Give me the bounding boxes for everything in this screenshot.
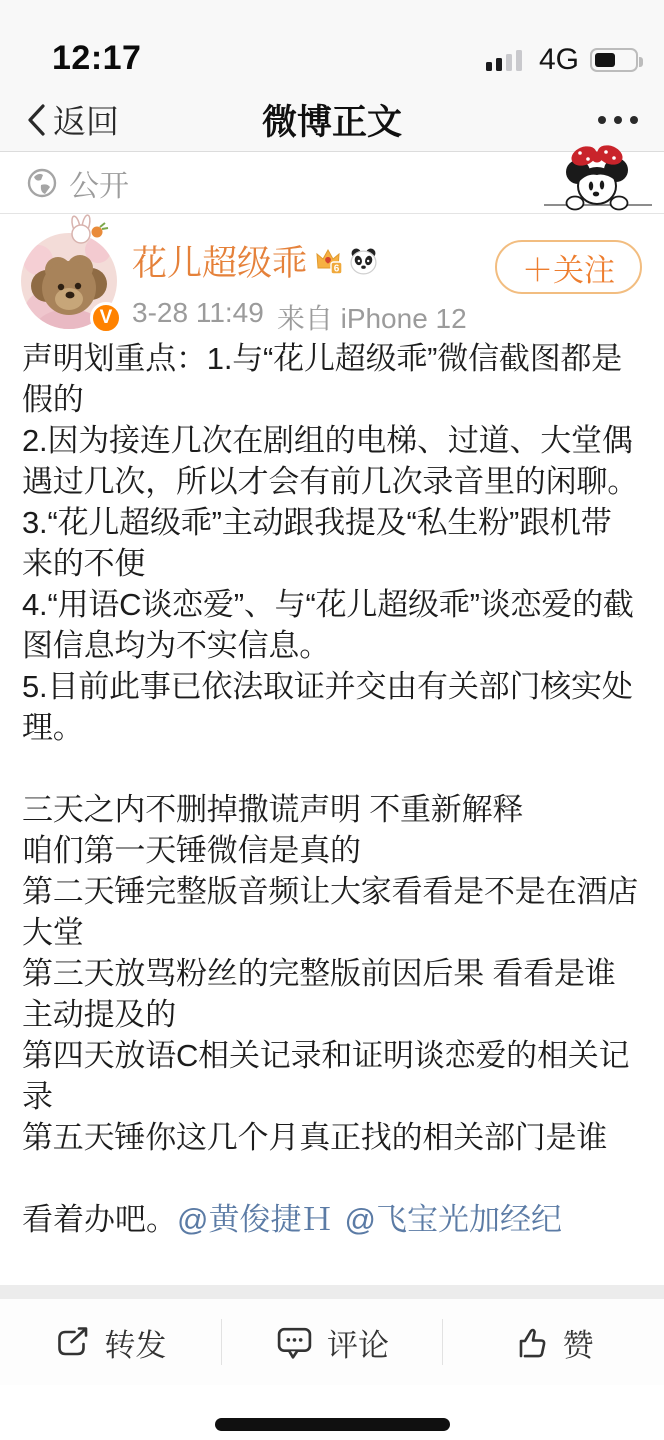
follow-button[interactable]: ＋关注 xyxy=(495,240,642,294)
author-name[interactable]: 花儿超级乖 xyxy=(132,236,307,286)
author-row: V 花儿超级乖 6 xyxy=(0,214,664,330)
repost-label: 转发 xyxy=(104,1320,166,1365)
cellular-signal-icon xyxy=(486,47,528,73)
post-body-text: 声明划重点：1.与“花儿超级乖”微信截图都是假的 2.因为接连几次在剧组的电梯、… xyxy=(0,330,664,1158)
author-meta: 花儿超级乖 6 3-28 11:49 来自 iPh xyxy=(132,232,467,337)
mention-link[interactable]: @黄俊捷Ｈ xyxy=(177,1202,332,1237)
mention-link[interactable]: @飞宝光加经纪 xyxy=(344,1202,561,1237)
home-indicator[interactable] xyxy=(215,1418,450,1431)
vip-crown-icon: 6 xyxy=(314,248,342,274)
network-type-label: 4G xyxy=(539,43,579,77)
comment-icon xyxy=(275,1325,314,1360)
page-title: 微博正文 xyxy=(262,95,402,145)
avatar[interactable]: V xyxy=(20,232,118,330)
visibility-row: 公开 xyxy=(0,152,664,214)
clock: 12:17 xyxy=(52,39,141,78)
action-bar: 转发 评论 赞 xyxy=(0,1299,664,1385)
status-bar: 12:17 4G xyxy=(0,0,664,88)
back-label: 返回 xyxy=(53,96,119,143)
content-spacer xyxy=(0,1240,664,1285)
repost-button[interactable]: 转发 xyxy=(0,1299,221,1385)
globe-public-icon xyxy=(26,167,58,199)
weibo-post-detail-screen: 12:17 4G 返回 微博正文 xyxy=(0,0,664,1440)
thumbs-up-icon xyxy=(514,1325,550,1359)
comment-button[interactable]: 评论 xyxy=(222,1299,443,1385)
back-button[interactable]: 返回 xyxy=(26,96,119,143)
minnie-mouse-decoration-icon xyxy=(544,144,652,218)
verified-badge: V xyxy=(90,302,122,334)
post-tail-line: 看着办吧。@黄俊捷Ｈ@飞宝光加经纪 xyxy=(0,1158,664,1240)
like-button[interactable]: 赞 xyxy=(443,1299,664,1385)
like-label: 赞 xyxy=(563,1320,594,1365)
status-indicators: 4G xyxy=(486,43,638,78)
panda-emoji-icon xyxy=(349,248,378,275)
home-indicator-area xyxy=(0,1385,664,1440)
section-divider xyxy=(0,1285,664,1299)
nav-bar: 返回 微博正文 xyxy=(0,88,664,152)
more-options-button[interactable] xyxy=(598,106,638,134)
tail-text: 看着办吧。 xyxy=(22,1202,177,1237)
chevron-left-icon xyxy=(26,103,46,137)
battery-icon xyxy=(590,48,638,72)
repost-icon xyxy=(54,1325,91,1359)
svg-text:6: 6 xyxy=(334,264,340,275)
comment-label: 评论 xyxy=(327,1320,389,1365)
visibility-label: 公开 xyxy=(69,161,129,205)
